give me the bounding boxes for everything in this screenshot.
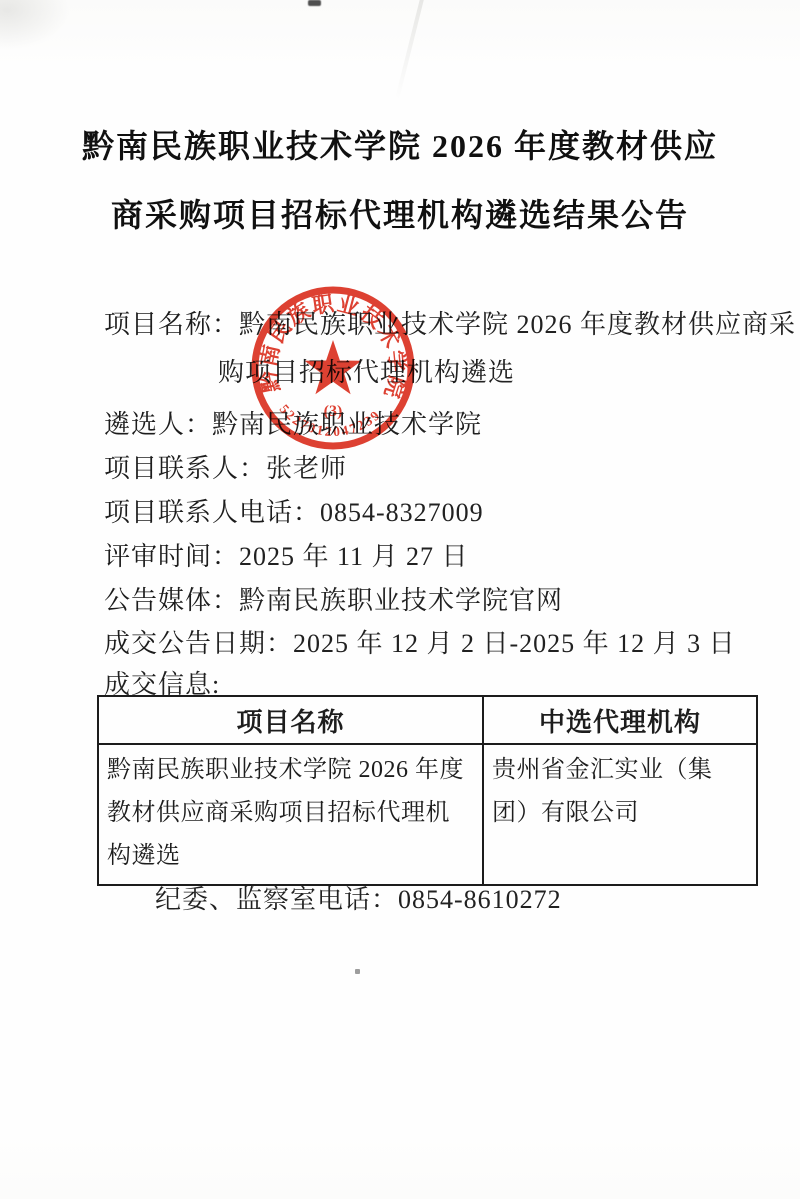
field-project-name-value: 黔南民族职业技术学院 2026 年度教材供应商采 xyxy=(239,310,796,339)
scan-smudge xyxy=(0,0,70,50)
field-award-date-label: 成交公告日期： xyxy=(104,629,293,658)
table-cell-selected-agency: 贵州省金汇实业（集团）有限公司 xyxy=(483,744,757,885)
field-contact-value: 张老师 xyxy=(266,454,347,483)
field-award-date: 成交公告日期：2025 年 12 月 2 日-2025 年 12 月 3 日 xyxy=(104,623,736,660)
document-title-line1: 黔南民族职业技术学院 2026 年度教材供应 xyxy=(0,121,800,167)
table-header-project-name: 项目名称 xyxy=(98,696,483,744)
field-project-name-label: 项目名称： xyxy=(104,310,239,339)
table-header-row: 项目名称 中选代理机构 xyxy=(98,696,757,744)
scanned-announcement-page: 黔南民族职业技术学院 2026 年度教材供应 商采购项目招标代理机构遴选结果公告… xyxy=(0,0,800,1199)
table-cell-project-name: 黔南民族职业技术学院 2026 年度教材供应商采购项目招标代理机构遴选 xyxy=(98,744,483,885)
field-announce-media-value: 黔南民族职业技术学院官网 xyxy=(239,586,563,615)
award-result-table: 项目名称 中选代理机构 黔南民族职业技术学院 2026 年度教材供应商采购项目招… xyxy=(97,695,758,886)
scan-speck xyxy=(308,0,321,6)
field-contact-phone-label: 项目联系人电话： xyxy=(104,498,320,527)
scan-streak xyxy=(395,0,425,101)
table-header-selected-agency: 中选代理机构 xyxy=(483,696,757,744)
field-announce-media-label: 公告媒体： xyxy=(104,586,239,615)
field-contact-label: 项目联系人： xyxy=(104,454,266,483)
field-review-time-value: 2025 年 11 月 27 日 xyxy=(239,542,469,571)
discipline-phone-line: 纪委、监察室电话：0854-8610272 xyxy=(155,879,562,916)
scan-speck xyxy=(355,969,360,974)
table-row: 黔南民族职业技术学院 2026 年度教材供应商采购项目招标代理机构遴选 贵州省金… xyxy=(98,744,757,885)
field-review-time: 评审时间：2025 年 11 月 27 日 xyxy=(104,536,469,573)
field-award-date-value: 2025 年 12 月 2 日-2025 年 12 月 3 日 xyxy=(293,629,736,658)
field-contact-phone: 项目联系人电话：0854-8327009 xyxy=(104,492,484,529)
field-project-name-value-cont: 购项目招标代理机构遴选 xyxy=(218,352,515,389)
field-project-name: 项目名称：黔南民族职业技术学院 2026 年度教材供应商采 xyxy=(104,304,796,341)
field-selector-label: 遴选人： xyxy=(104,410,212,439)
field-contact-phone-value: 0854-8327009 xyxy=(320,498,484,527)
document-title-line2: 商采购项目招标代理机构遴选结果公告 xyxy=(0,190,800,236)
field-selector-value: 黔南民族职业技术学院 xyxy=(212,410,482,439)
field-announce-media: 公告媒体：黔南民族职业技术学院官网 xyxy=(104,580,563,617)
field-review-time-label: 评审时间： xyxy=(104,542,239,571)
field-selector: 遴选人：黔南民族职业技术学院 xyxy=(104,404,482,441)
field-contact: 项目联系人：张老师 xyxy=(104,448,347,485)
